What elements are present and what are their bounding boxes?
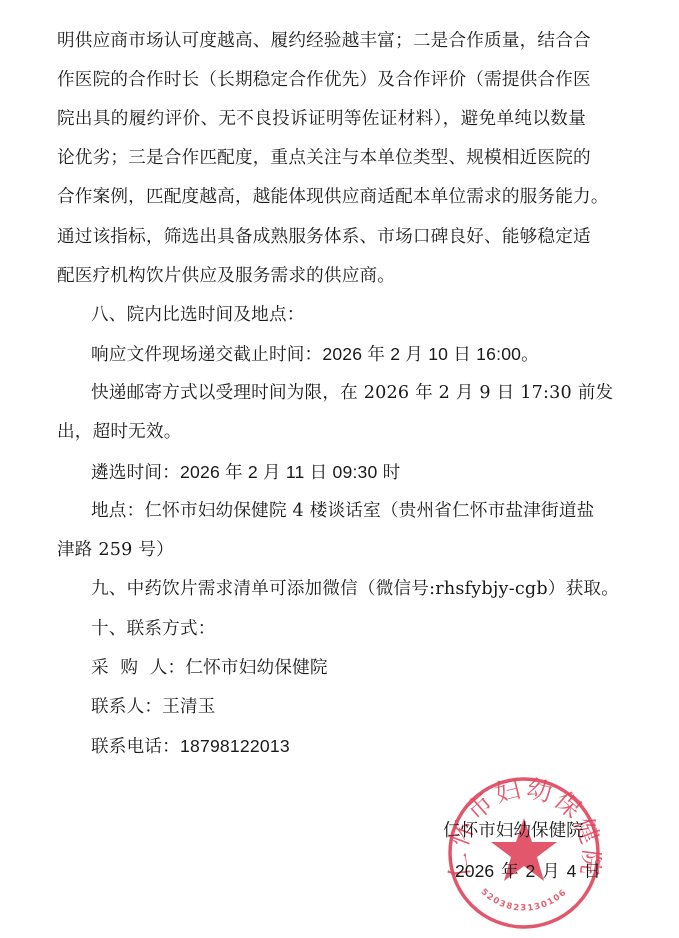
location-line: 地点：仁怀市妇幼保健院 4 楼谈话室（贵州省仁怀市盐津街道盐 <box>91 500 586 522</box>
document-page: 明供应商市场认可度越高、履约经验越丰富；二是合作质量，结合合 作医院的合作时长（… <box>0 0 679 938</box>
signature-organization: 仁怀市妇幼保健院 <box>443 820 584 842</box>
paragraph-line: 配医疗机构饮片供应及服务需求的供应商。 <box>57 265 395 287</box>
contact-phone-value: 18798122013 <box>180 736 290 756</box>
paragraph-line: 明供应商市场认可度越高、履约经验越丰富；二是合作质量，结合合 <box>57 30 586 52</box>
purchaser: 采 购 人：仁怀市妇幼保健院 <box>91 657 328 679</box>
signature-date: 2026 年 2 月 4 日 <box>455 860 601 882</box>
paragraph-line: 院出具的履约评价、无不良投诉证明等佐证材料），避免单纯以数量 <box>57 108 586 130</box>
paragraph-line: 作医院的合作时长（长期稳定合作优先）及合作评价（需提供合作医 <box>57 69 586 91</box>
submission-deadline-label: 响应文件现场递交截止时间： <box>91 345 322 365</box>
submission-deadline-value: 2026 年 2 月 10 日 16:00。 <box>322 344 539 364</box>
section-10-heading: 十、联系方式： <box>91 618 216 640</box>
contact-phone-label: 联系电话： <box>91 737 180 757</box>
section-9-wechat: 九、中药饮片需求清单可添加微信（微信号:rhsfybjy-cgb）获取。 <box>91 578 619 600</box>
mail-deadline-line: 快递邮寄方式以受理时间为限，在 2026 年 2 月 9 日 17:30 前发 <box>91 382 586 404</box>
paragraph-line: 通过该指标，筛选出具备成熟服务体系、市场口碑良好、能够稳定适 <box>57 226 586 248</box>
svg-text:5203823130106: 5203823130106 <box>479 887 570 913</box>
location-line: 津路 259 号） <box>57 539 174 561</box>
paragraph-line: 合作案例，匹配度越高，越能体现供应商适配本单位需求的服务能力。 <box>57 186 586 208</box>
selection-time-label: 遴选时间： <box>91 463 180 483</box>
selection-time: 遴选时间：2026 年 2 月 11 日 09:30 时 <box>91 461 400 484</box>
section-8-heading: 八、院内比选时间及地点： <box>91 304 305 326</box>
contact-phone: 联系电话：18798122013 <box>91 735 290 758</box>
submission-deadline: 响应文件现场递交截止时间：2026 年 2 月 10 日 16:00。 <box>91 343 539 366</box>
selection-time-value: 2026 年 2 月 11 日 09:30 时 <box>180 462 400 482</box>
contact-person: 联系人：王清玉 <box>91 696 216 718</box>
paragraph-line: 论优劣；三是合作匹配度，重点关注与本单位类型、规模相近医院的 <box>57 147 586 169</box>
mail-deadline-line: 出，超时无效。 <box>57 421 182 443</box>
official-seal-stamp-icon: 仁怀市妇幼保健院 5203823130106 <box>446 774 602 932</box>
stamp-serial: 5203823130106 <box>479 887 570 913</box>
